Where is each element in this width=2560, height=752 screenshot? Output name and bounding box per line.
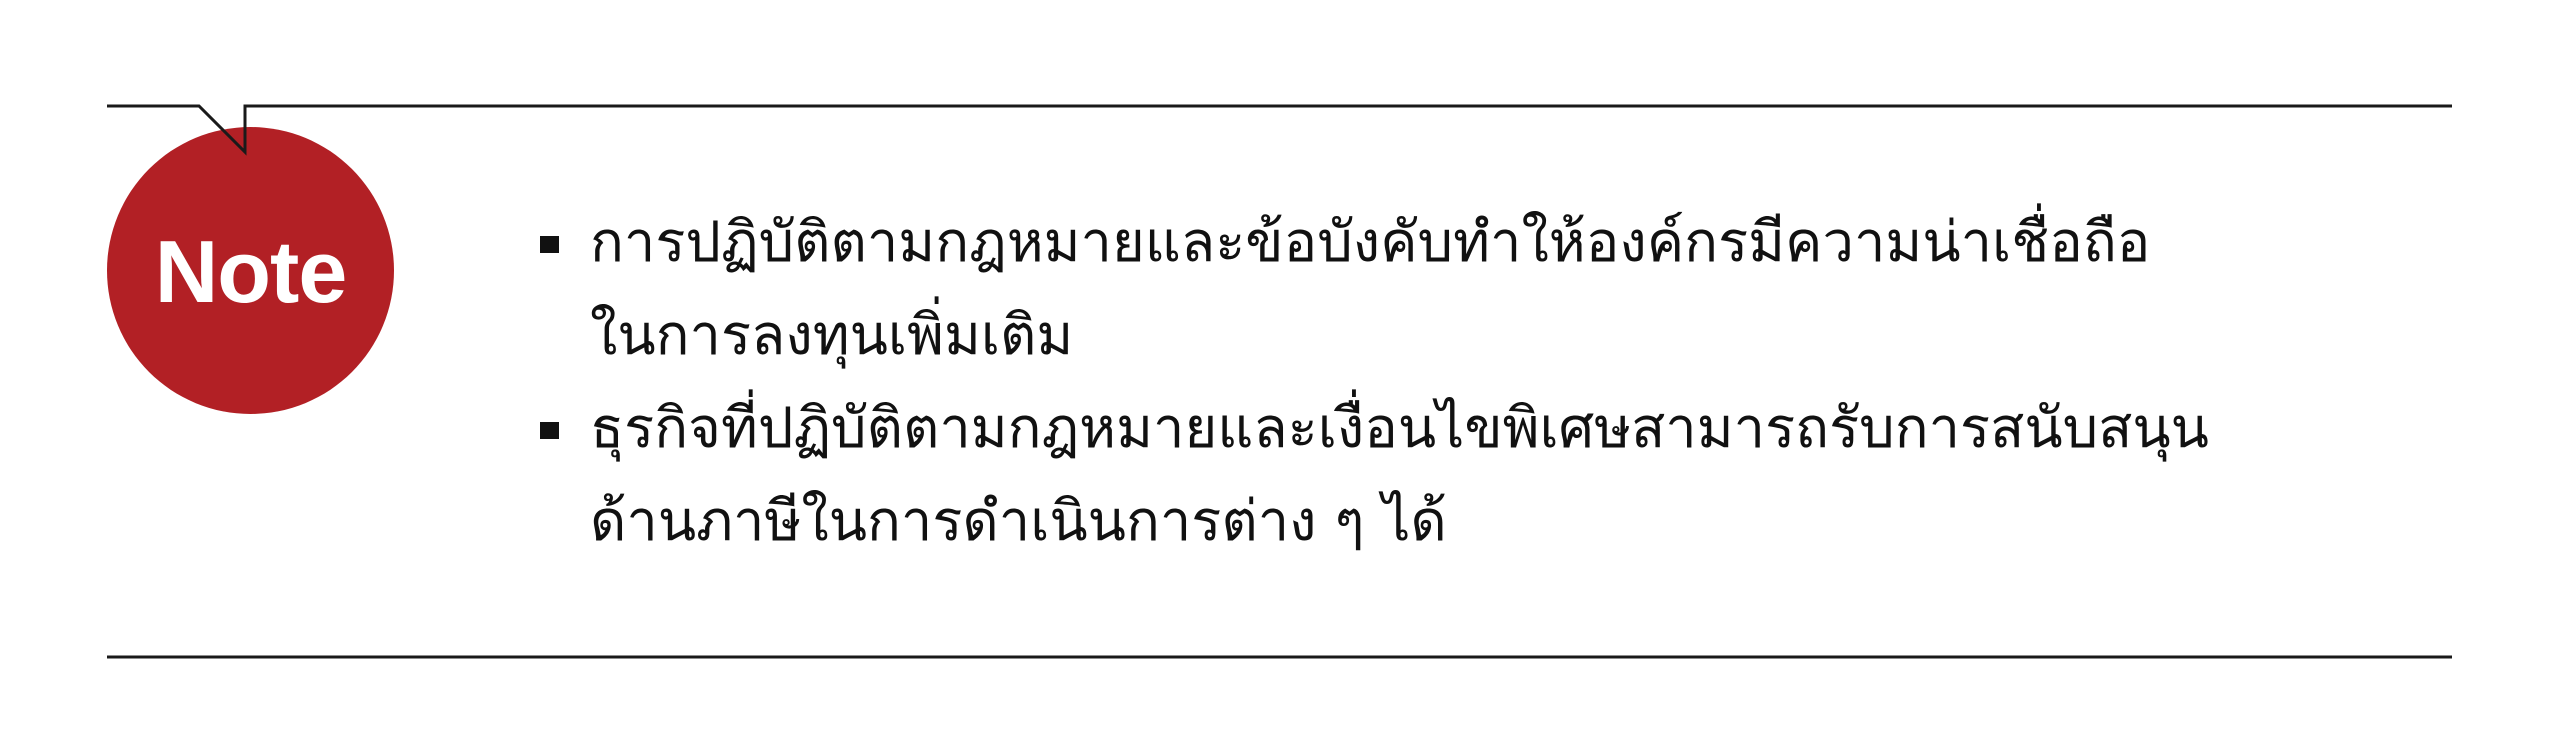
note-label: Note (155, 228, 347, 316)
square-bullet-icon (540, 236, 559, 253)
note-badge: Note (107, 127, 394, 414)
callout-notch-icon (107, 106, 2452, 152)
bullet-item: ธุรกิจที่ปฏิบัติตามกฎหมายและเงื่อนไขพิเศ… (540, 382, 2440, 568)
bullet-item: การปฏิบัติตามกฎหมายและข้อบังคับทำให้องค์… (540, 196, 2440, 382)
bullet-text-line: ธุรกิจที่ปฏิบัติตามกฎหมายและเงื่อนไขพิเศ… (590, 382, 2440, 475)
bullet-text-line: การปฏิบัติตามกฎหมายและข้อบังคับทำให้องค์… (590, 196, 2440, 289)
square-bullet-icon (540, 422, 559, 439)
bullet-text-line: ในการลงทุนเพิ่มเติม (590, 289, 2440, 382)
note-bullet-list: การปฏิบัติตามกฎหมายและข้อบังคับทำให้องค์… (540, 196, 2440, 568)
bullet-text-line: ด้านภาษีในการดำเนินการต่าง ๆ ได้ (590, 475, 2440, 568)
